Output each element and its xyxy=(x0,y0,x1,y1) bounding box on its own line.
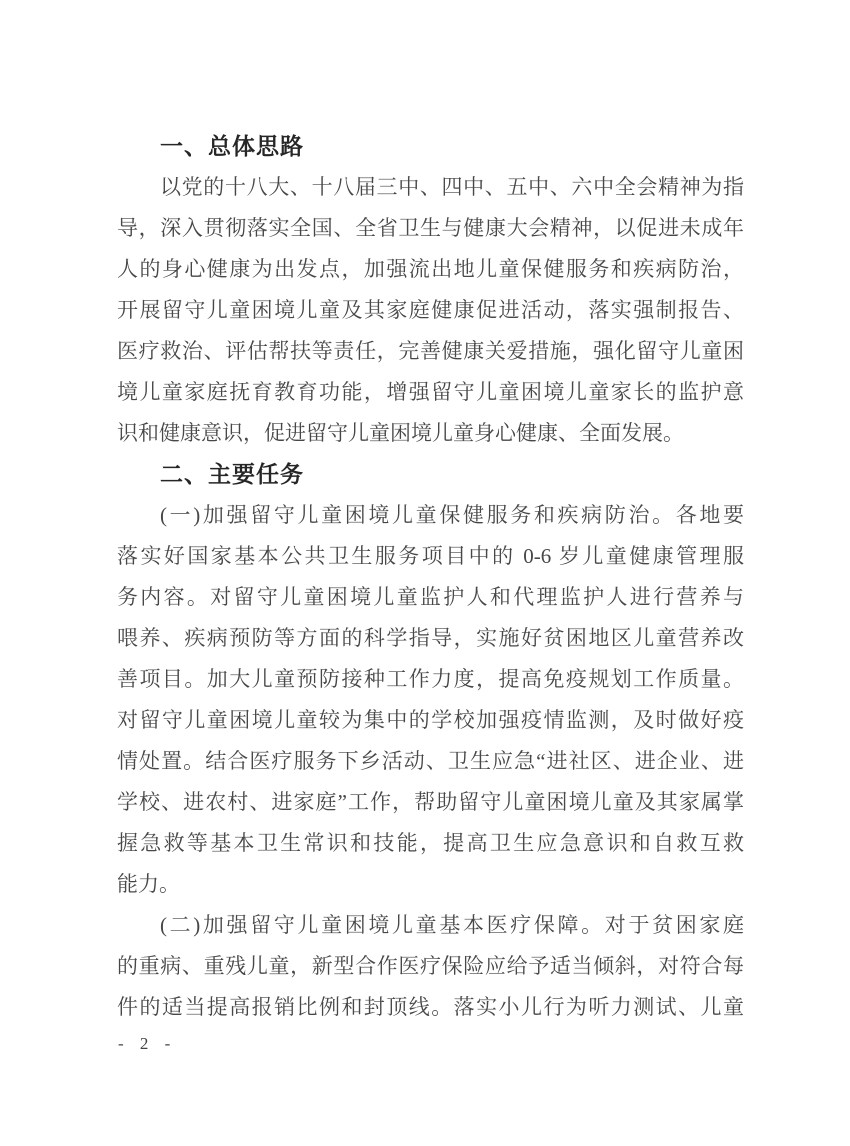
text-line: 落实好国家基本公共卫生服务项目中的 0-6 岁儿童健康管理服 xyxy=(117,536,744,577)
section-heading: 一、总体思路 xyxy=(117,126,744,167)
paragraph: 以党的十八大、十八届三中、四中、五中、六中全会精神为指导，深入贯彻落实全国、全省… xyxy=(117,167,744,454)
text-line: 的重病、重残儿童，新型合作医疗保险应给予适当倾斜，对符合每 xyxy=(117,946,744,987)
paragraph: (二)加强留守儿童困境儿童基本医疗保障。对于贫困家庭的重病、重残儿童，新型合作医… xyxy=(117,905,744,1028)
text-line: 导，深入贯彻落实全国、全省卫生与健康大会精神，以促进未成年 xyxy=(117,208,744,249)
text-line: 对留守儿童困境儿童较为集中的学校加强疫情监测，及时做好疫 xyxy=(117,700,744,741)
text-line: 学校、进农村、进家庭”工作，帮助留守儿童困境儿童及其家属掌 xyxy=(117,782,744,823)
text-line: 医疗救治、评估帮扶等责任，完善健康关爱措施，强化留守儿童困 xyxy=(117,331,744,372)
text-line: 识和健康意识，促进留守儿童困境儿童身心健康、全面发展。 xyxy=(117,413,744,454)
text-line: 以党的十八大、十八届三中、四中、五中、六中全会精神为指 xyxy=(117,167,744,208)
document-page: 一、总体思路以党的十八大、十八届三中、四中、五中、六中全会精神为指导，深入贯彻落… xyxy=(0,0,850,1146)
text-line: 善项目。加大儿童预防接种工作力度，提高免疫规划工作质量。 xyxy=(117,659,744,700)
text-line: 开展留守儿童困境儿童及其家庭健康促进活动，落实强制报告、 xyxy=(117,290,744,331)
text-line: 件的适当提高报销比例和封顶线。落实小儿行为听力测试、儿童 xyxy=(117,987,744,1028)
document-content: 一、总体思路以党的十八大、十八届三中、四中、五中、六中全会精神为指导，深入贯彻落… xyxy=(117,126,744,1028)
page-number: - 2 - xyxy=(118,1033,173,1055)
text-line: 境儿童家庭抚育教育功能，增强留守儿童困境儿童家长的监护意 xyxy=(117,372,744,413)
text-line: 人的身心健康为出发点，加强流出地儿童保健服务和疾病防治， xyxy=(117,249,744,290)
text-line: 务内容。对留守儿童困境儿童监护人和代理监护人进行营养与 xyxy=(117,577,744,618)
text-line: 情处置。结合医疗服务下乡活动、卫生应急“进社区、进企业、进 xyxy=(117,741,744,782)
text-line: 握急救等基本卫生常识和技能，提高卫生应急意识和自救互救 xyxy=(117,823,744,864)
text-line: (二)加强留守儿童困境儿童基本医疗保障。对于贫困家庭 xyxy=(117,905,744,946)
section-heading: 二、主要任务 xyxy=(117,454,744,495)
text-line: (一)加强留守儿童困境儿童保健服务和疾病防治。各地要 xyxy=(117,495,744,536)
text-line: 能力。 xyxy=(117,864,744,905)
paragraph: (一)加强留守儿童困境儿童保健服务和疾病防治。各地要落实好国家基本公共卫生服务项… xyxy=(117,495,744,905)
text-line: 喂养、疾病预防等方面的科学指导，实施好贫困地区儿童营养改 xyxy=(117,618,744,659)
